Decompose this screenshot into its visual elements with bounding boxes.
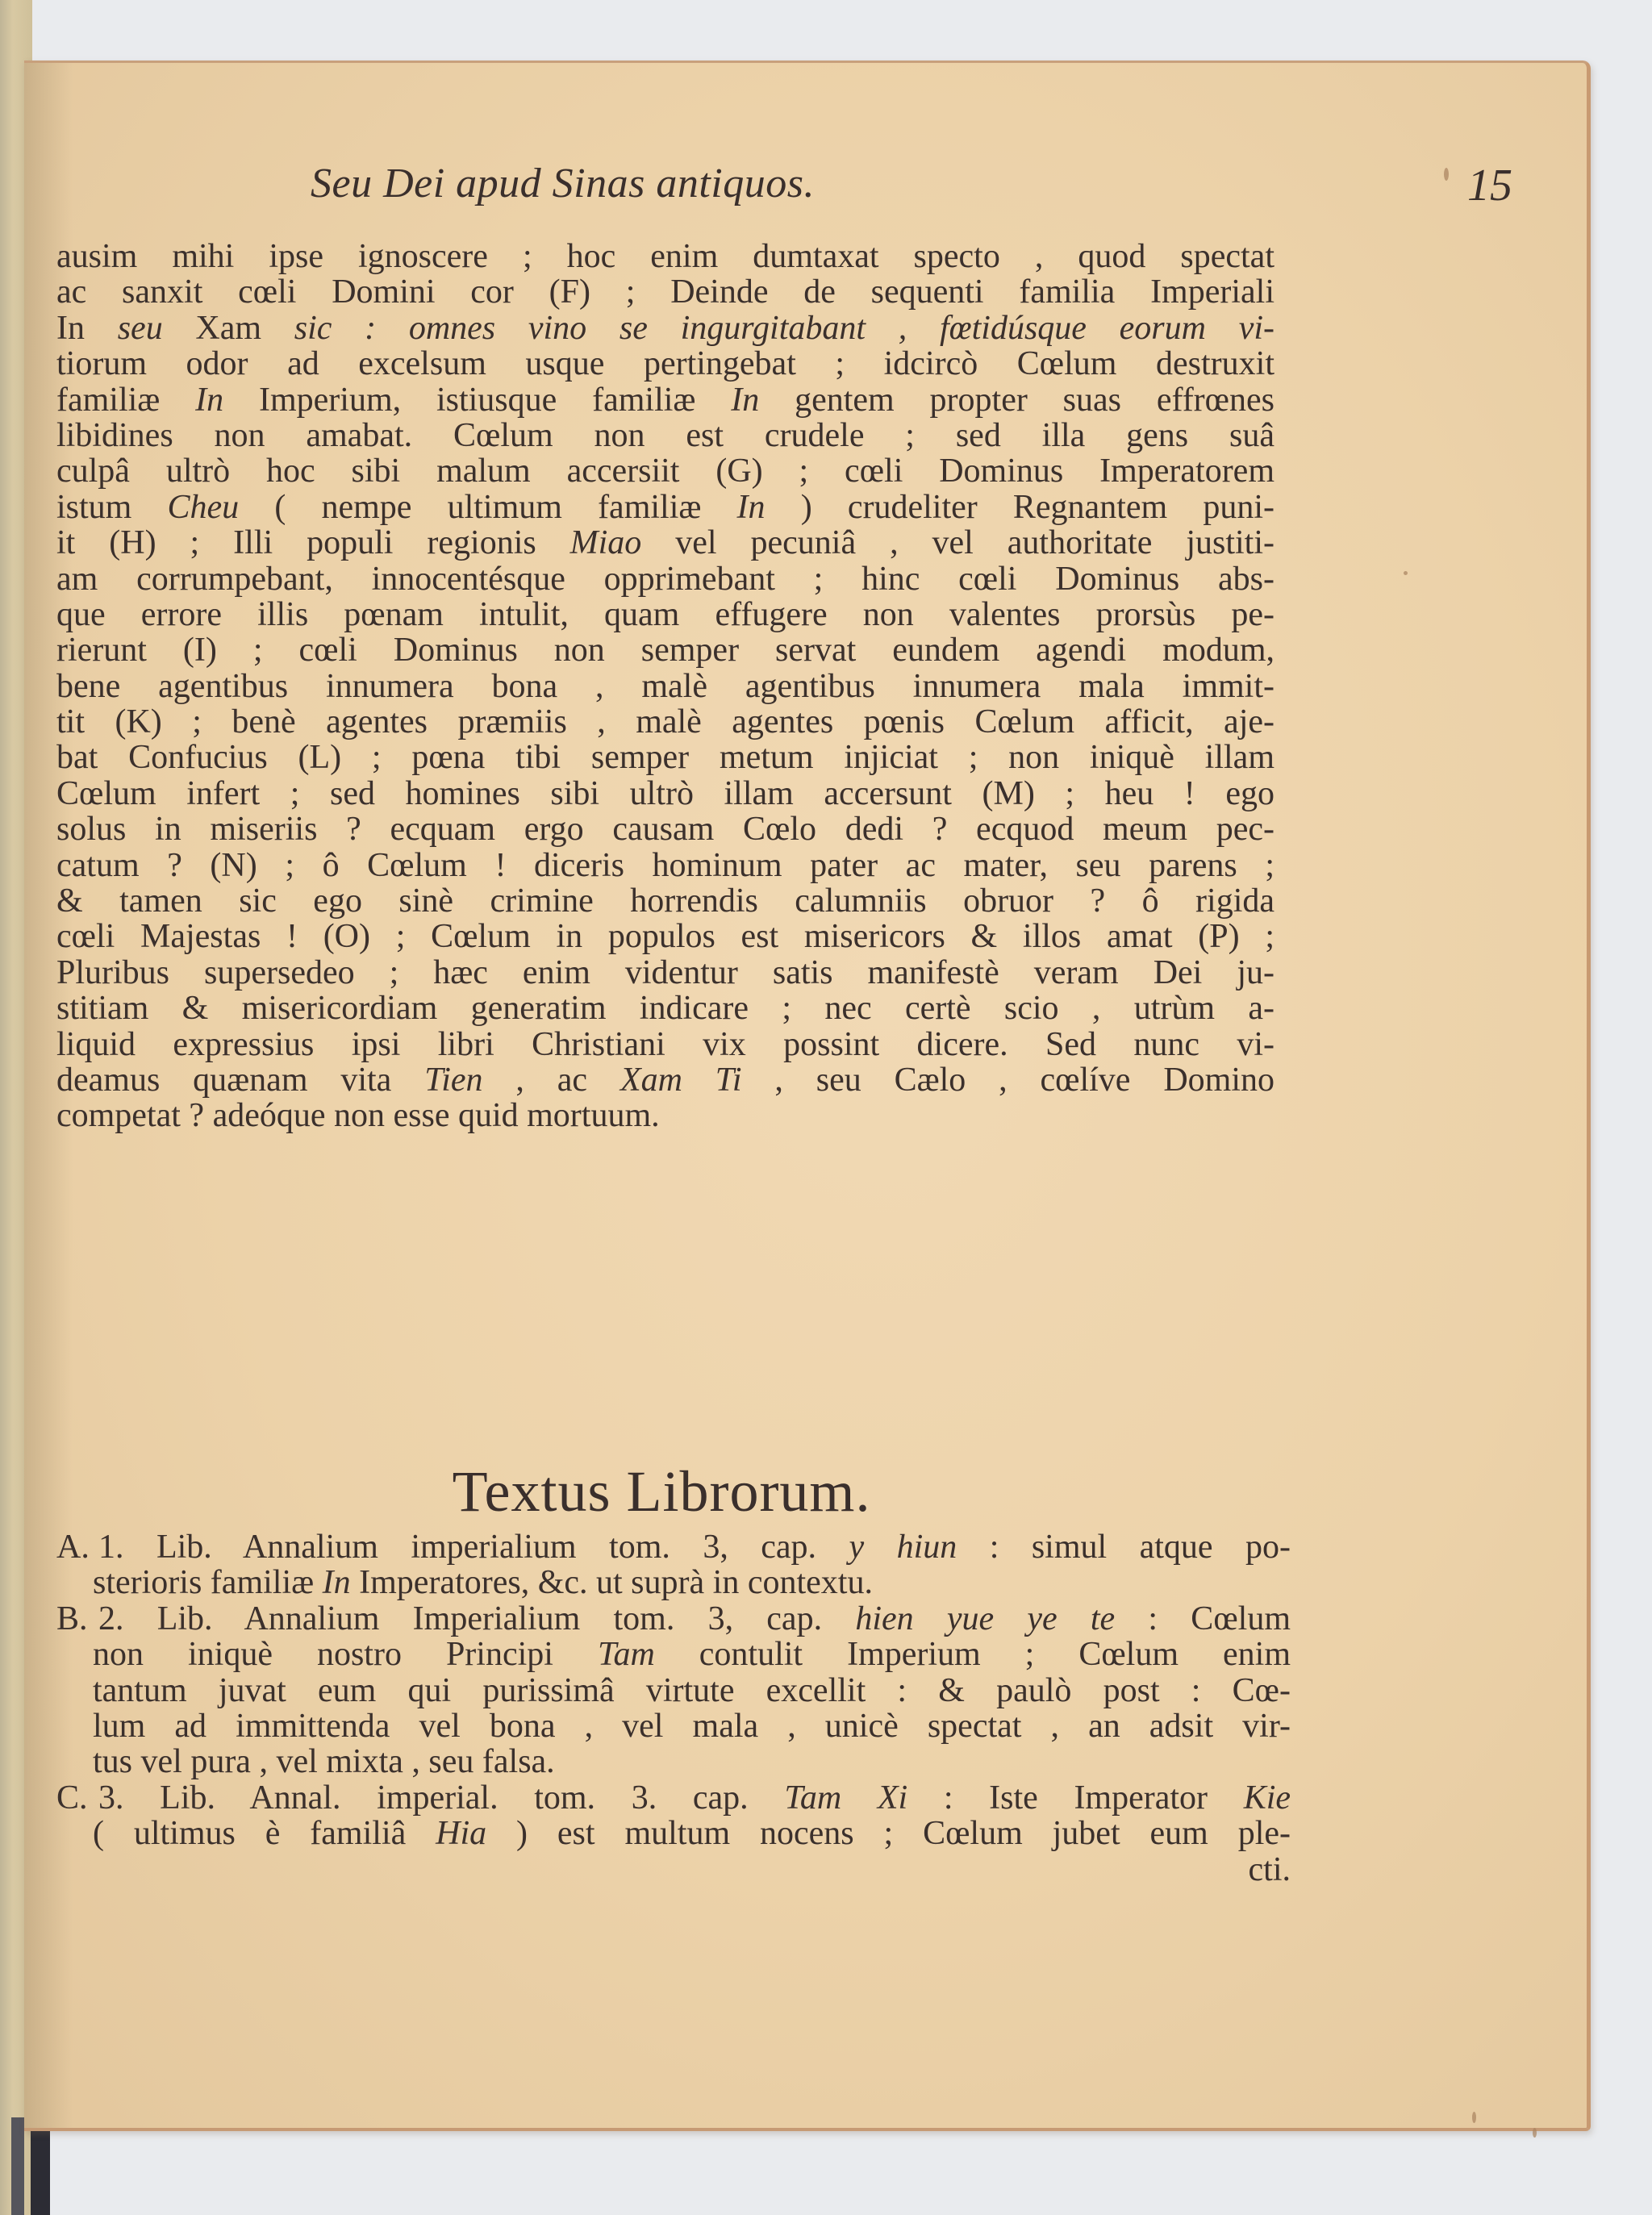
text-run: 1. Lib. Annalium imperialium tom. 3, cap…: [98, 1529, 849, 1566]
section-heading: Textus Librorum.: [48, 1458, 1274, 1525]
paper-stain: [1472, 2112, 1476, 2123]
paper-stain: [1404, 571, 1408, 575]
italic-proper-noun: Tien: [424, 1062, 482, 1099]
text-run: vel pecuniâ , vel authoritate justiti-: [641, 524, 1274, 561]
binding-thread: [31, 2117, 50, 2215]
text-run: Xam: [195, 310, 261, 347]
reference-entry: A.1. Lib. Annalium imperialium tom. 3, c…: [56, 1529, 1291, 1601]
text-run: 3. Lib. Annal. imperial. tom. 3. cap.: [98, 1779, 784, 1817]
text-line: rierunt (I) ; cœli Dominus non semper se…: [56, 632, 1274, 668]
reference-line: ( ultimus è familiâ Hia ) est multum noc…: [56, 1816, 1291, 1851]
reference-line: A.1. Lib. Annalium imperialium tom. 3, c…: [56, 1529, 1291, 1565]
text-run: ( nempe ultimum familiæ: [239, 489, 736, 526]
reference-label: B.: [56, 1601, 98, 1637]
text-run: In: [56, 310, 85, 347]
reference-line: cti.: [56, 1852, 1291, 1888]
text-run: , seu Cælo , cœlíve Domino: [742, 1062, 1274, 1099]
text-line: bat Confucius (L) ; pœna tibi semper met…: [56, 740, 1274, 775]
running-title: Seu Dei apud Sinas antiquos.: [311, 160, 815, 207]
reference-line: sterioris familiæ In Imperatores, &c. ut…: [56, 1565, 1291, 1600]
reference-line: lum ad immittenda vel bona , vel mala , …: [56, 1708, 1291, 1744]
text-run: familiæ: [56, 382, 195, 419]
text-run: : Iste Imperator: [907, 1779, 1244, 1817]
italic-proper-noun: hien yue ye te: [855, 1600, 1115, 1637]
italic-proper-noun: In: [323, 1564, 351, 1601]
italic-proper-noun: sic : omnes vino se ingurgitabant , fœti…: [261, 310, 1274, 347]
text-line: catum ? (N) ; ô Cœlum ! diceris hominum …: [56, 848, 1274, 883]
text-line: tiorum odor ad excelsum usque pertingeba…: [56, 346, 1274, 382]
text-line: libidines non amabat. Cœlum non est crud…: [56, 418, 1274, 453]
text-run: ) crudeliter Regnantem puni-: [766, 489, 1274, 526]
reference-line: tantum juvat eum qui purissimâ virtute e…: [56, 1673, 1291, 1708]
italic-proper-noun: In: [731, 382, 759, 419]
italic-proper-noun: seu: [85, 310, 195, 347]
text-line: Cœlum infert ; sed homines sibi ultrò il…: [56, 776, 1274, 811]
italic-proper-noun: Kie: [1244, 1779, 1291, 1817]
text-run: sterioris familiæ: [93, 1564, 323, 1601]
reference-line: non iniquè nostro Principi Tam contulit …: [56, 1637, 1291, 1672]
paper-stain: [1533, 2128, 1537, 2138]
text-line: am corrumpebant, innocentésque opprimeba…: [56, 561, 1274, 597]
text-run: tantum juvat eum qui purissimâ virtute e…: [93, 1672, 1291, 1709]
text-line: ac sanxit cœli Domini cor (F) ; Deinde d…: [56, 274, 1274, 310]
running-head: Seu Dei apud Sinas antiquos. 15: [311, 160, 1512, 224]
text-run: 2. Lib. Annalium Imperialium tom. 3, cap…: [98, 1600, 855, 1637]
italic-proper-noun: Xam Ti: [620, 1062, 742, 1099]
reference-entry: C.3. Lib. Annal. imperial. tom. 3. cap. …: [56, 1780, 1291, 1888]
text-line: & tamen sic ego sinè crimine horrendis c…: [56, 883, 1274, 919]
reference-label: A.: [56, 1529, 98, 1565]
italic-proper-noun: Tam Xi: [784, 1779, 907, 1817]
text-run: tus vel pura , vel mixta , seu falsa.: [93, 1743, 555, 1780]
binding-thread: [11, 2117, 24, 2215]
text-line: solus in miseriis ? ecquam ergo causam C…: [56, 811, 1274, 847]
reference-list: A.1. Lib. Annalium imperialium tom. 3, c…: [56, 1529, 1291, 1888]
text-run: istum: [56, 489, 168, 526]
text-line: liquid expressius ipsi libri Christiani …: [56, 1027, 1274, 1062]
italic-proper-noun: Cheu: [168, 489, 240, 526]
reference-line: C.3. Lib. Annal. imperial. tom. 3. cap. …: [56, 1780, 1291, 1816]
italic-proper-noun: In: [195, 382, 223, 419]
text-run: contulit Imperium ; Cœlum enim: [655, 1636, 1291, 1673]
text-line: cœli Majestas ! (O) ; Cœlum in populos e…: [56, 919, 1274, 954]
reference-line: B.2. Lib. Annalium Imperialium tom. 3, c…: [56, 1601, 1291, 1637]
body-paragraph: ausim mihi ipse ignoscere ; hoc enim dum…: [56, 239, 1274, 1134]
text-line: Pluribus supersedeo ; hæc enim videntur …: [56, 955, 1274, 991]
reference-line: tus vel pura , vel mixta , seu falsa.: [56, 1744, 1291, 1779]
text-line: culpâ ultrò hoc sibi malum accersiit (G)…: [56, 453, 1274, 489]
text-line: que errore illis pœnam intulit, quam eff…: [56, 597, 1274, 632]
text-line: familiæ In Imperium, istiusque familiæ I…: [56, 382, 1274, 418]
text-run: Imperium, istiusque familiæ: [223, 382, 731, 419]
book-page: Seu Dei apud Sinas antiquos. 15 ausim mi…: [24, 60, 1591, 2131]
page-number: 15: [1467, 160, 1512, 211]
text-run: ) est multum nocens ; Cœlum jubet eum pl…: [486, 1815, 1291, 1852]
paper-stain: [1444, 168, 1449, 181]
text-line: tit (K) ; benè agentes præmiis , malè ag…: [56, 704, 1274, 740]
text-run: lum ad immittenda vel bona , vel mala , …: [93, 1708, 1291, 1745]
italic-proper-noun: In: [737, 489, 766, 526]
text-run: Imperatores, &c. ut suprà in contextu.: [351, 1564, 873, 1601]
text-line: bene agentibus innumera bona , malè agen…: [56, 669, 1274, 704]
text-run: ( ultimus è familiâ: [93, 1815, 436, 1852]
italic-proper-noun: y hiun: [849, 1529, 957, 1566]
text-run: , ac: [483, 1062, 620, 1099]
reference-entry: B.2. Lib. Annalium Imperialium tom. 3, c…: [56, 1601, 1291, 1780]
text-line: istum Cheu ( nempe ultimum familiæ In ) …: [56, 490, 1274, 525]
italic-proper-noun: Tam: [598, 1636, 655, 1673]
text-run: deamus quænam vita: [56, 1062, 424, 1099]
text-line: In seu Xam sic : omnes vino se ingurgita…: [56, 311, 1274, 346]
text-run: cti.: [1249, 1851, 1291, 1888]
text-run: : Cœlum: [1115, 1600, 1291, 1637]
text-line: stitiam & misericordiam generatim indica…: [56, 991, 1274, 1026]
italic-proper-noun: Hia: [436, 1815, 486, 1852]
text-run: non iniquè nostro Principi: [93, 1636, 598, 1673]
text-run: it (H) ; Illi populi regionis: [56, 524, 570, 561]
text-run: : simul atque po-: [957, 1529, 1291, 1566]
text-line: it (H) ; Illi populi regionis Miao vel p…: [56, 525, 1274, 561]
reference-label: C.: [56, 1780, 98, 1816]
text-run: gentem propter suas effrœnes: [759, 382, 1274, 419]
text-line: deamus quænam vita Tien , ac Xam Ti , se…: [56, 1062, 1274, 1098]
text-line: competat ? adeóque non esse quid mortuum…: [56, 1098, 1274, 1133]
text-line: ausim mihi ipse ignoscere ; hoc enim dum…: [56, 239, 1274, 274]
italic-proper-noun: Miao: [570, 524, 642, 561]
